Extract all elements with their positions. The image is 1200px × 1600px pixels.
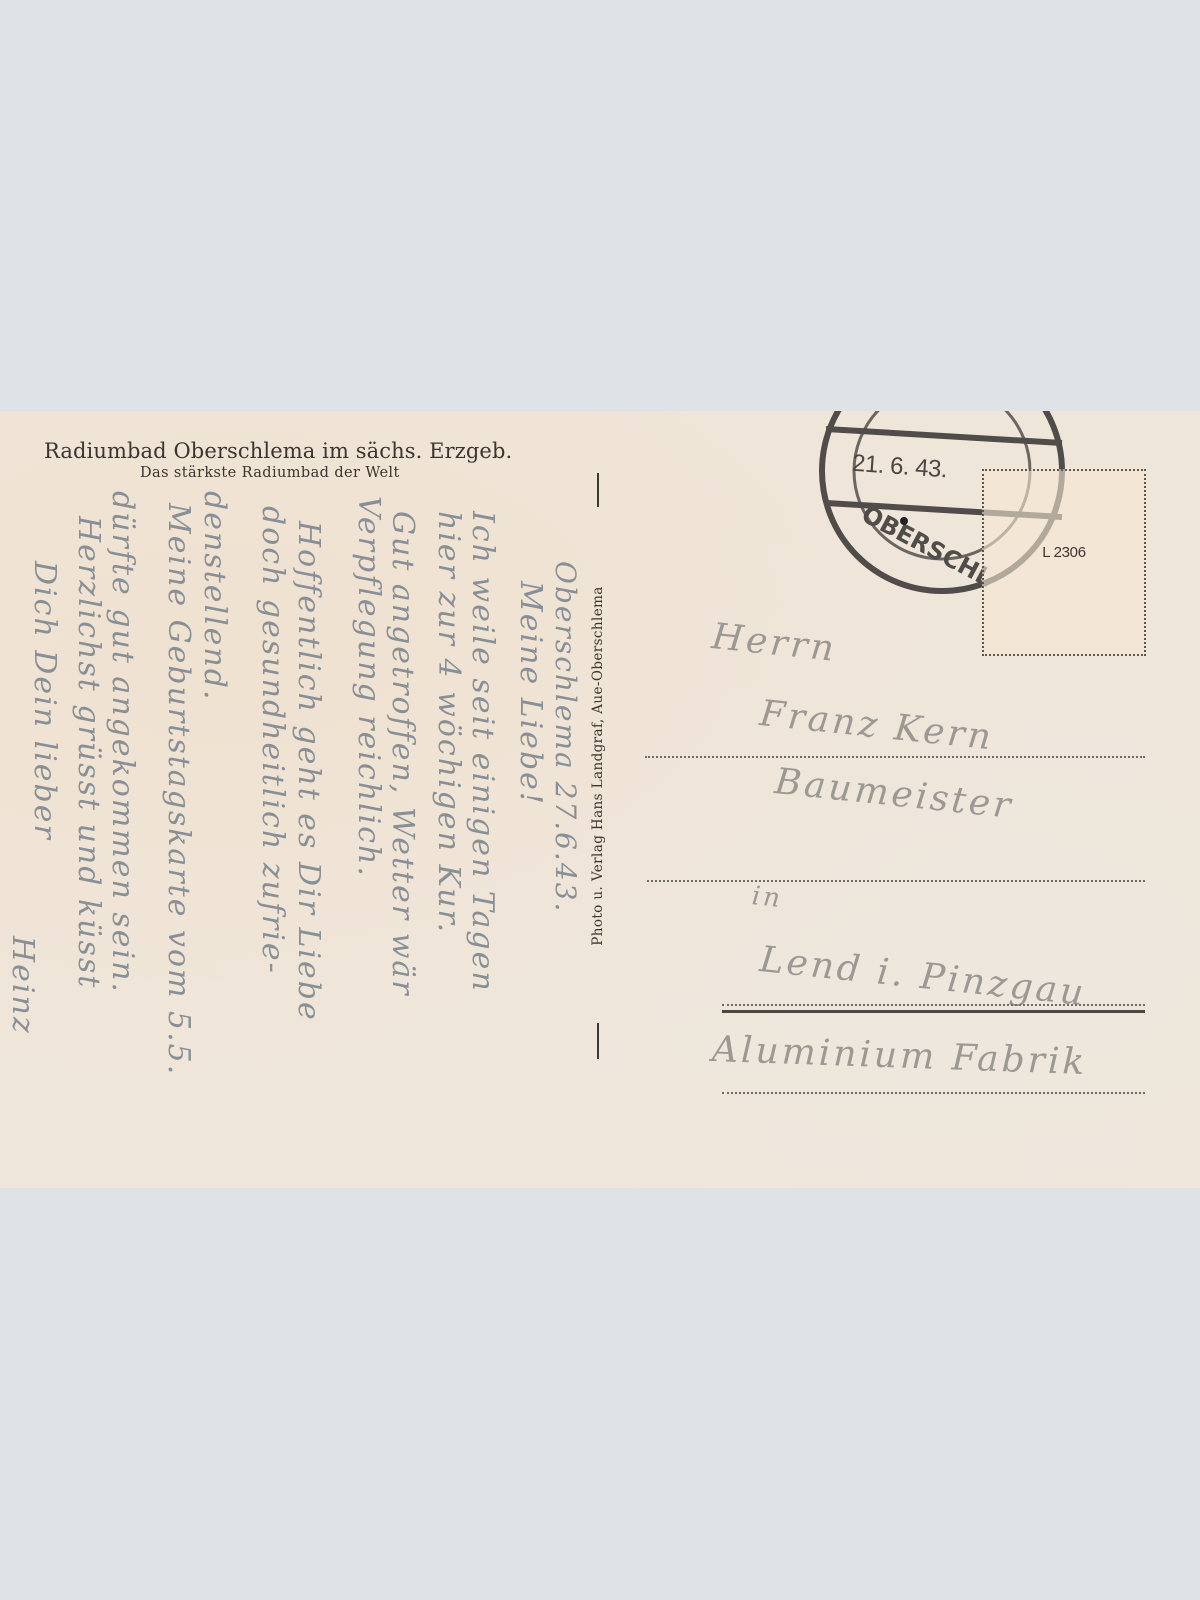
address-line-4 — [722, 1092, 1145, 1094]
address-line-2 — [647, 880, 1145, 882]
address-occupation: Baumeister — [773, 761, 1015, 827]
message-line: Oberschlema 27.6.43. — [549, 561, 582, 913]
message-line: doch gesundheitlich zufrie- — [255, 506, 290, 975]
message-line: Meine Geburtstagskarte vom 5.5. — [161, 503, 196, 1076]
message-line: Dich Dein lieber — [27, 561, 62, 841]
stamp-code: L 2306 — [984, 544, 1144, 561]
message-line: Gut angetroffen, Wetter wär — [385, 511, 420, 997]
page: Radiumbad Oberschlema im sächs. Erzgeb. … — [0, 0, 1200, 1600]
address-underline — [722, 1010, 1145, 1013]
postcard-subtitle: Das stärkste Radiumbad der Welt — [140, 465, 400, 481]
publisher-credit: Photo u. Verlag Hans Landgraf, Aue-Obers… — [590, 586, 606, 946]
postcard-title: Radiumbad Oberschlema im sächs. Erzgeb. — [44, 439, 512, 463]
address-name: Franz Kern — [758, 693, 996, 758]
address-preposition: in — [750, 881, 784, 914]
center-divider-bottom — [597, 1023, 599, 1059]
message-line: Meine Liebe! — [513, 581, 548, 806]
message-line: Hoffentlich geht es Dir Liebe — [291, 521, 326, 1022]
message-line: dürfte gut angekommen sein. — [105, 491, 140, 994]
message-signature: Heinz — [5, 936, 40, 1035]
address-line-1 — [645, 756, 1145, 758]
address-salutation: Herrn — [710, 616, 839, 670]
address-line-3 — [722, 1004, 1145, 1006]
address-company: Aluminium Fabrik — [711, 1029, 1088, 1083]
message-line: hier zur 4 wöchigen Kur. — [431, 511, 466, 934]
center-divider-top — [597, 473, 599, 507]
message-line: Ich weile seit einigen Tagen — [465, 511, 500, 993]
message-line: Verpflegung reichlich. — [351, 496, 386, 878]
address-city: Lend i. Pinzgau — [758, 939, 1088, 1014]
stamp-box: L 2306 — [982, 469, 1146, 656]
message-line: Herzlichst grüsst und küsst — [71, 516, 106, 989]
message-line: denstellend. — [197, 491, 232, 702]
postcard-back: Radiumbad Oberschlema im sächs. Erzgeb. … — [0, 411, 1200, 1188]
